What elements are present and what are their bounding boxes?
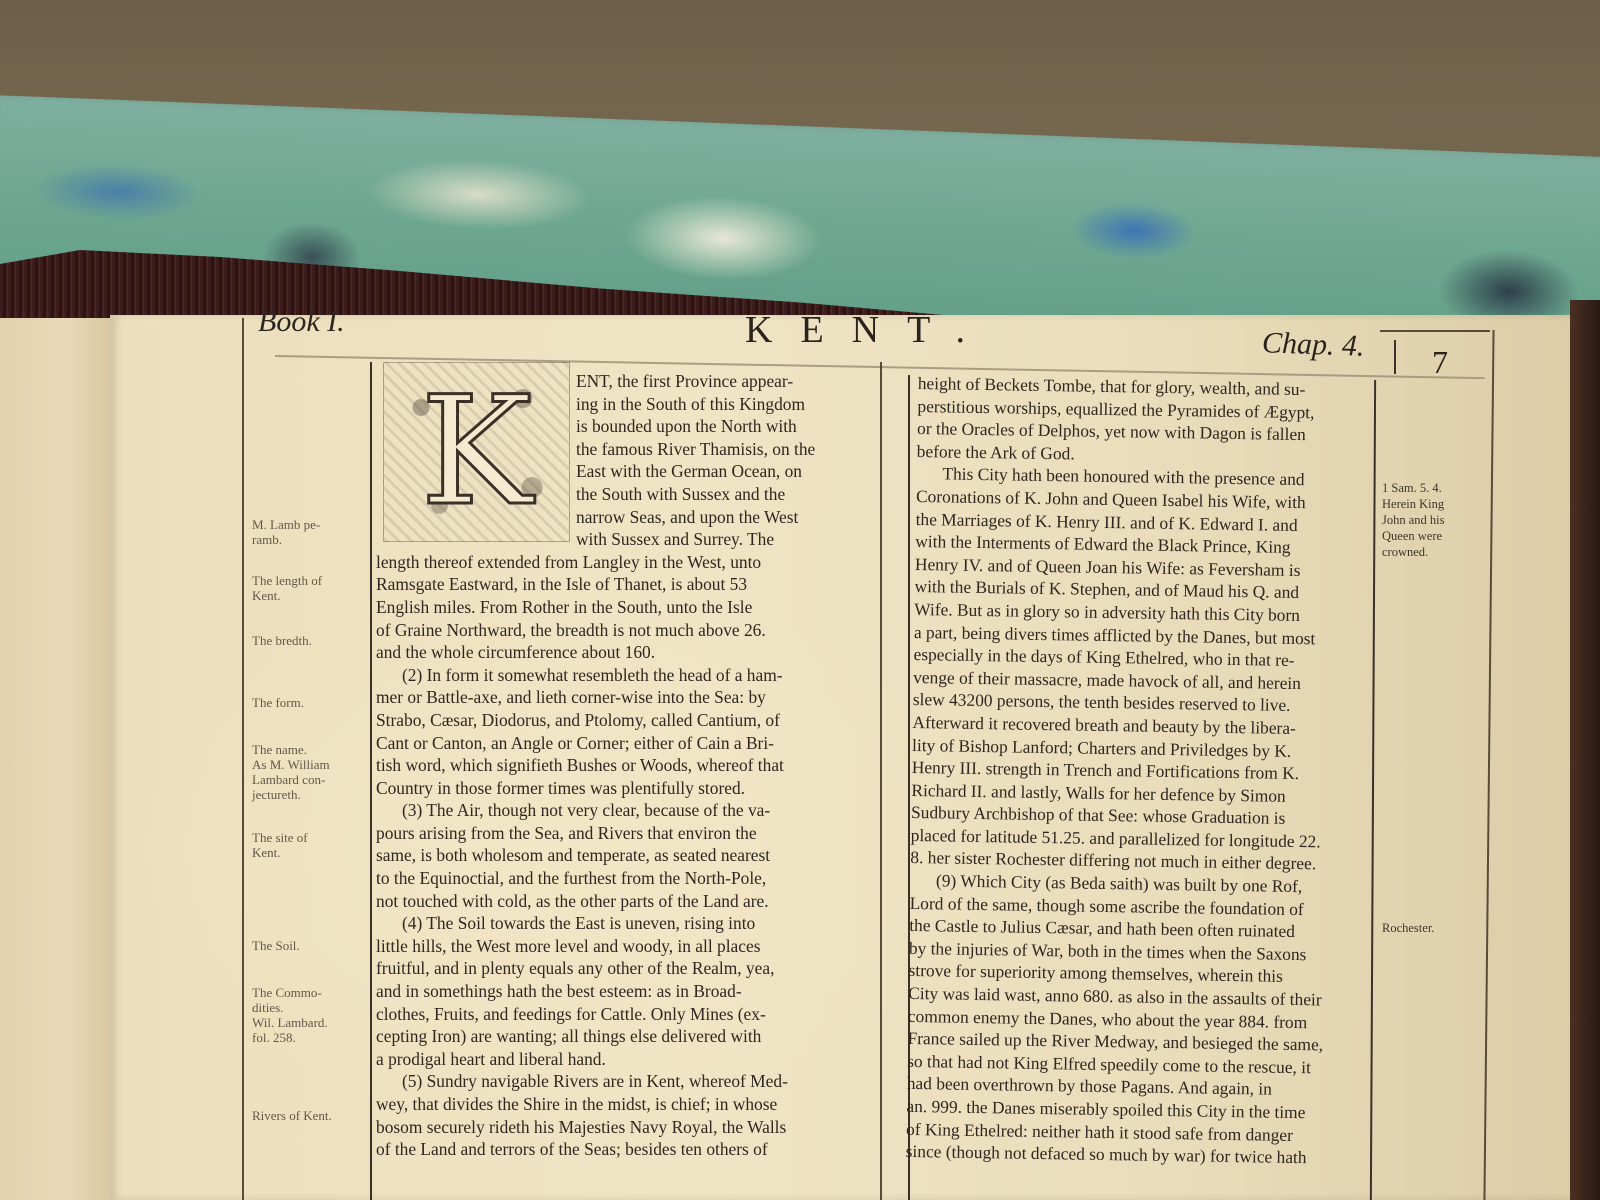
- header-separator: [1394, 340, 1396, 374]
- text-line: Cant or Canton, an Angle or Corner; eith…: [376, 732, 876, 755]
- text-line: tish word, which signifieth Bushes or Wo…: [376, 754, 876, 777]
- binding-edge: [0, 318, 110, 1200]
- text-line: and the whole circumference about 160.: [376, 641, 876, 664]
- text-line: Country in those former times was plenti…: [376, 777, 876, 800]
- text-line: pours arising from the Sea, and Rivers t…: [376, 822, 876, 845]
- text-line: (4) The Soil towards the East is uneven,…: [376, 912, 876, 935]
- marginal-note: Rivers of Kent.: [252, 1108, 332, 1123]
- text-line: not touched with cold, as the other part…: [376, 890, 876, 913]
- margin-rule-left: [370, 362, 372, 1200]
- text-line: (2) In form it somewhat resembleth the h…: [376, 664, 876, 687]
- text-line: mer or Battle-axe, and lieth corner-wise…: [376, 686, 876, 709]
- running-head-book: Book I.: [258, 305, 345, 339]
- text-line: is bounded upon the North with: [376, 415, 876, 438]
- page-frame-top-rule: [1380, 330, 1490, 332]
- page-frame-left-rule: [242, 318, 244, 1200]
- text-line: the famous River Thamisis, on the: [376, 438, 876, 461]
- text-line: (5) Sundry navigable Rivers are in Kent,…: [376, 1070, 876, 1093]
- text-line: same, is both wholesom and temperate, as…: [376, 844, 876, 867]
- marginal-note: The bredth.: [252, 633, 312, 648]
- text-line: little hills, the West more level and wo…: [376, 935, 876, 958]
- text-line: ing in the South of this Kingdom: [376, 393, 876, 416]
- text-line: narrow Seas, and upon the West: [376, 506, 876, 529]
- text-column-left: ENT, the first Province appear-ing in th…: [376, 370, 876, 1161]
- marginal-note: The name. As M. William Lambard con- jec…: [252, 742, 330, 802]
- text-line: ENT, the first Province appear-: [376, 370, 876, 393]
- cover-edge: [1570, 300, 1600, 1200]
- page-number: 7: [1432, 344, 1448, 381]
- marginal-note: The site of Kent.: [252, 830, 308, 860]
- running-head-chapter: Chap. 4.: [1261, 326, 1365, 364]
- text-line: clothes, Fruits, and feedings for Cattle…: [376, 1003, 876, 1026]
- marginal-note: Rochester.: [1382, 920, 1434, 936]
- marginal-note: The length of Kent.: [252, 573, 322, 603]
- marginal-note: M. Lamb pe- ramb.: [252, 517, 320, 547]
- text-column-right: height of Beckets Tombe, that for glory,…: [906, 372, 1373, 1170]
- text-line: East with the German Ocean, on: [376, 460, 876, 483]
- text-line: English miles. From Rother in the South,…: [376, 596, 876, 619]
- text-line: the South with Sussex and the: [376, 483, 876, 506]
- marginal-note: 1 Sam. 5. 4. Herein King John and his Qu…: [1382, 480, 1445, 560]
- text-line: to the Equinoctial, and the furthest fro…: [376, 867, 876, 890]
- text-line: Ramsgate Eastward, in the Isle of Thanet…: [376, 573, 876, 596]
- marginal-note: The form.: [252, 695, 304, 710]
- text-line: fruitful, and in plenty equals any other…: [376, 957, 876, 980]
- running-head-title: KENT.: [745, 308, 993, 352]
- text-line: cepting Iron) are wanting; all things el…: [376, 1025, 876, 1048]
- text-line: wey, that divides the Shire in the midst…: [376, 1093, 876, 1116]
- text-line: length thereof extended from Langley in …: [376, 551, 876, 574]
- text-line: of the Land and terrors of the Seas; bes…: [376, 1138, 876, 1161]
- text-line: and in somethings hath the best esteem: …: [376, 980, 876, 1003]
- text-line: of Graine Northward, the breadth is not …: [376, 619, 876, 642]
- text-line: (3) The Air, though not very clear, beca…: [376, 799, 876, 822]
- text-line: bosom securely rideth his Majesties Navy…: [376, 1116, 876, 1139]
- marginal-note: The Commo- dities. Wil. Lambard. fol. 25…: [252, 985, 328, 1045]
- text-line: with Sussex and Surrey. The: [376, 528, 876, 551]
- marginal-note: The Soil.: [252, 938, 300, 953]
- text-line: Strabo, Cæsar, Diodorus, and Ptolomy, ca…: [376, 709, 876, 732]
- text-line: a prodigal heart and liberal hand.: [376, 1048, 876, 1071]
- column-divider-outer: [880, 362, 882, 1200]
